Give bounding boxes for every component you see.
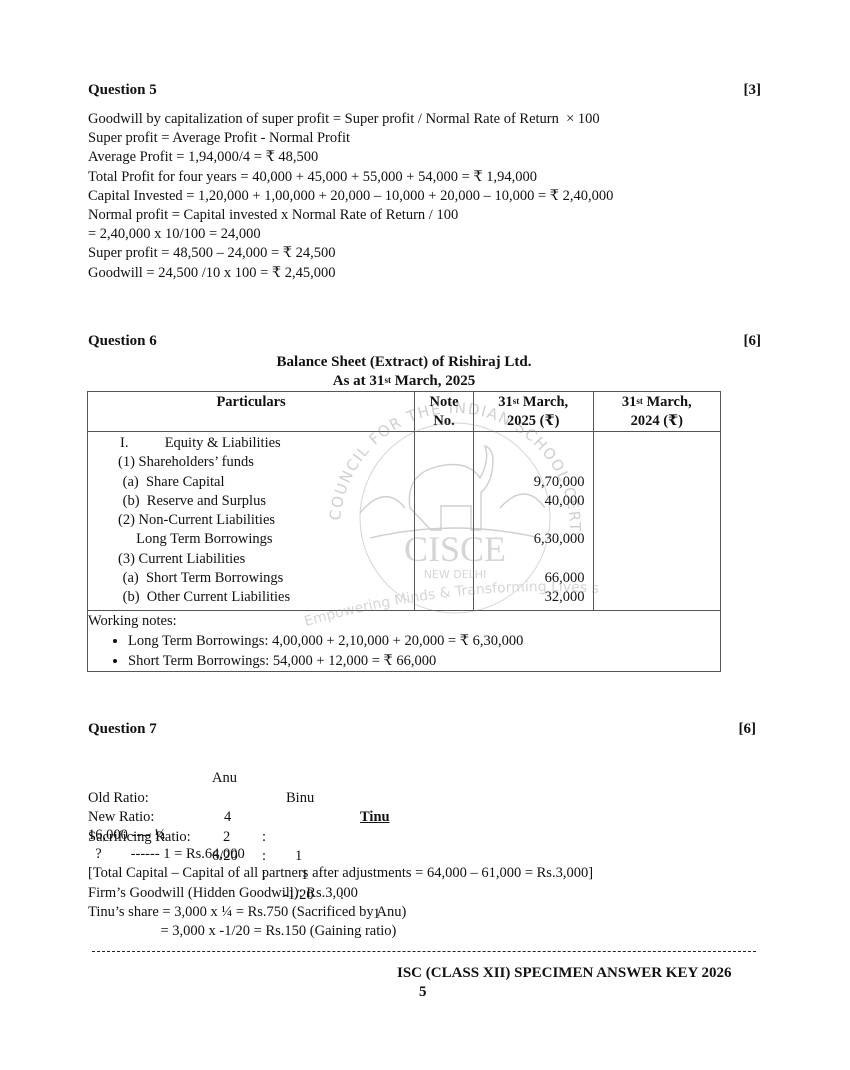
- ratio-row: Old Ratio: 4 : 1: [88, 769, 110, 788]
- answer-line: Normal profit = Capital invested x Norma…: [88, 206, 613, 225]
- page-number: 5: [419, 984, 427, 1001]
- header-text: No.: [415, 412, 473, 431]
- particular-item: (2) Non-Current Liabilities: [88, 511, 414, 530]
- question-7-answer: 16,000 ---- ¼ ? ------ 1 = Rs.64,000 [To…: [88, 826, 593, 941]
- answer-line: Goodwill by capitalization of super prof…: [88, 110, 613, 129]
- answer-line: [Total Capital – Capital of all partners…: [88, 864, 593, 883]
- question-5-title: Question 5: [88, 82, 157, 99]
- table-body-row: I. Equity & Liabilities (1) Shareholders…: [88, 432, 721, 611]
- answer-line: Average Profit = 1,94,000/4 = ₹ 48,500: [88, 148, 613, 167]
- particular-item: (3) Current Liabilities: [88, 550, 414, 569]
- amount-2025: 40,000: [474, 492, 593, 511]
- amount-2025: [474, 434, 593, 453]
- subtitle-sup: st: [384, 375, 391, 385]
- working-notes-list: Long Term Borrowings: 4,00,000 + 2,10,00…: [88, 631, 720, 671]
- working-note-item: Long Term Borrowings: 4,00,000 + 2,10,00…: [128, 631, 720, 651]
- footer-divider: [92, 951, 756, 952]
- question-5-marks: [3]: [744, 82, 762, 99]
- header-particulars: Particulars: [88, 392, 415, 432]
- table-header-row: Particulars Note No. 31st March, 2025 (₹…: [88, 392, 721, 432]
- particular-item: (b) Reserve and Surplus: [88, 492, 414, 511]
- partner-name: Anu: [212, 769, 237, 788]
- amount-2025: [474, 550, 593, 569]
- working-notes-row: Working notes: Long Term Borrowings: 4,0…: [88, 610, 721, 671]
- amount-2025-cell: 9,70,000 40,000 6,30,000 66,000 32,000: [473, 432, 593, 611]
- header-note-no: Note No.: [415, 392, 474, 432]
- answer-line: Tinu’s share = 3,000 x ¼ = Rs.750 (Sacri…: [88, 903, 593, 922]
- balance-sheet-title: Balance Sheet (Extract) of Rishiraj Ltd.: [88, 353, 720, 372]
- ratio-row: New Ratio: 2 : 1 : 1: [88, 789, 110, 808]
- header-text: 31st March,: [594, 393, 720, 412]
- balance-sheet-table: Particulars Note No. 31st March, 2025 (₹…: [87, 391, 721, 672]
- question-7-title: Question 7: [88, 721, 157, 738]
- header-text: 2024 (₹): [594, 412, 720, 431]
- answer-line: ? ------ 1 = Rs.64,000: [88, 845, 593, 864]
- answer-line: Firm’s Goodwill (Hidden Goodwill): Rs.3,…: [88, 884, 593, 903]
- answer-line: Super profit = Average Profit - Normal P…: [88, 129, 613, 148]
- partner-header-row: Anu Binu Tinu: [88, 750, 110, 769]
- particular-item: (a) Share Capital: [88, 473, 414, 492]
- partner-name: Tinu: [360, 808, 390, 827]
- amount-2025: 9,70,000: [474, 473, 593, 492]
- partner-name: Binu: [286, 789, 314, 808]
- answer-line: Capital Invested = 1,20,000 + 1,00,000 +…: [88, 187, 613, 206]
- answer-line: Super profit = 48,500 – 24,000 = ₹ 24,50…: [88, 244, 613, 263]
- header-text: 2025 (₹): [474, 412, 593, 431]
- answer-line: Total Profit for four years = 40,000 + 4…: [88, 168, 613, 187]
- balance-sheet-subtitle: As at 31st March, 2025: [88, 372, 720, 391]
- working-notes-title: Working notes:: [88, 611, 720, 631]
- question-7-header: Question 7 [6]: [88, 721, 756, 738]
- amount-2025: 32,000: [474, 588, 593, 607]
- answer-line: 16,000 ---- ¼: [88, 826, 593, 845]
- answer-line: = 2,40,000 x 10/100 = 24,000: [88, 225, 613, 244]
- amount-2024-cell: [593, 432, 720, 611]
- amount-2025: [474, 453, 593, 472]
- answer-line: = 3,000 x -1/20 = Rs.150 (Gaining ratio): [88, 922, 593, 941]
- question-7-marks: [6]: [739, 721, 757, 738]
- particular-item: I. Equity & Liabilities: [88, 434, 414, 453]
- ratio-value: 4: [224, 808, 231, 827]
- header-text: Note: [415, 393, 473, 412]
- working-notes: Working notes: Long Term Borrowings: 4,0…: [88, 610, 721, 671]
- question-6-marks: [6]: [744, 333, 762, 350]
- particulars-cell: I. Equity & Liabilities (1) Shareholders…: [88, 432, 415, 611]
- question-5-answer: Goodwill by capitalization of super prof…: [88, 110, 613, 283]
- header-2024: 31st March, 2024 (₹): [593, 392, 720, 432]
- particular-item: (b) Other Current Liabilities: [88, 588, 414, 607]
- particular-item: (1) Shareholders’ funds: [88, 453, 414, 472]
- particular-item: (a) Short Term Borrowings: [88, 569, 414, 588]
- working-note-item: Short Term Borrowings: 54,000 + 12,000 =…: [128, 651, 720, 671]
- header-2025: 31st March, 2025 (₹): [473, 392, 593, 432]
- document-page: Question 5 [3] Goodwill by capitalizatio…: [0, 0, 850, 1070]
- particular-item: Long Term Borrowings: [88, 530, 414, 549]
- note-no-cell: [415, 432, 474, 611]
- amount-2025: 6,30,000: [474, 530, 593, 549]
- ratio-table: Anu Binu Tinu Old Ratio: 4 : 1 New Ratio…: [88, 750, 110, 828]
- amount-2025: [474, 511, 593, 530]
- footer-title: ISC (CLASS XII) SPECIMEN ANSWER KEY 2026: [397, 965, 732, 982]
- ratio-row: Sacrificing Ratio: 6/20 : -1/20: [88, 808, 110, 827]
- answer-line: Goodwill = 24,500 /10 x 100 = ₹ 2,45,000: [88, 264, 613, 283]
- subtitle-text: March, 2025: [391, 373, 475, 389]
- question-6-title: Question 6: [88, 333, 157, 350]
- header-text: 31st March,: [474, 393, 593, 412]
- question-5-header: Question 5 [3]: [88, 82, 761, 99]
- question-6-header: Question 6 [6]: [88, 333, 761, 350]
- subtitle-text: As at 31: [333, 373, 385, 389]
- amount-2025: 66,000: [474, 569, 593, 588]
